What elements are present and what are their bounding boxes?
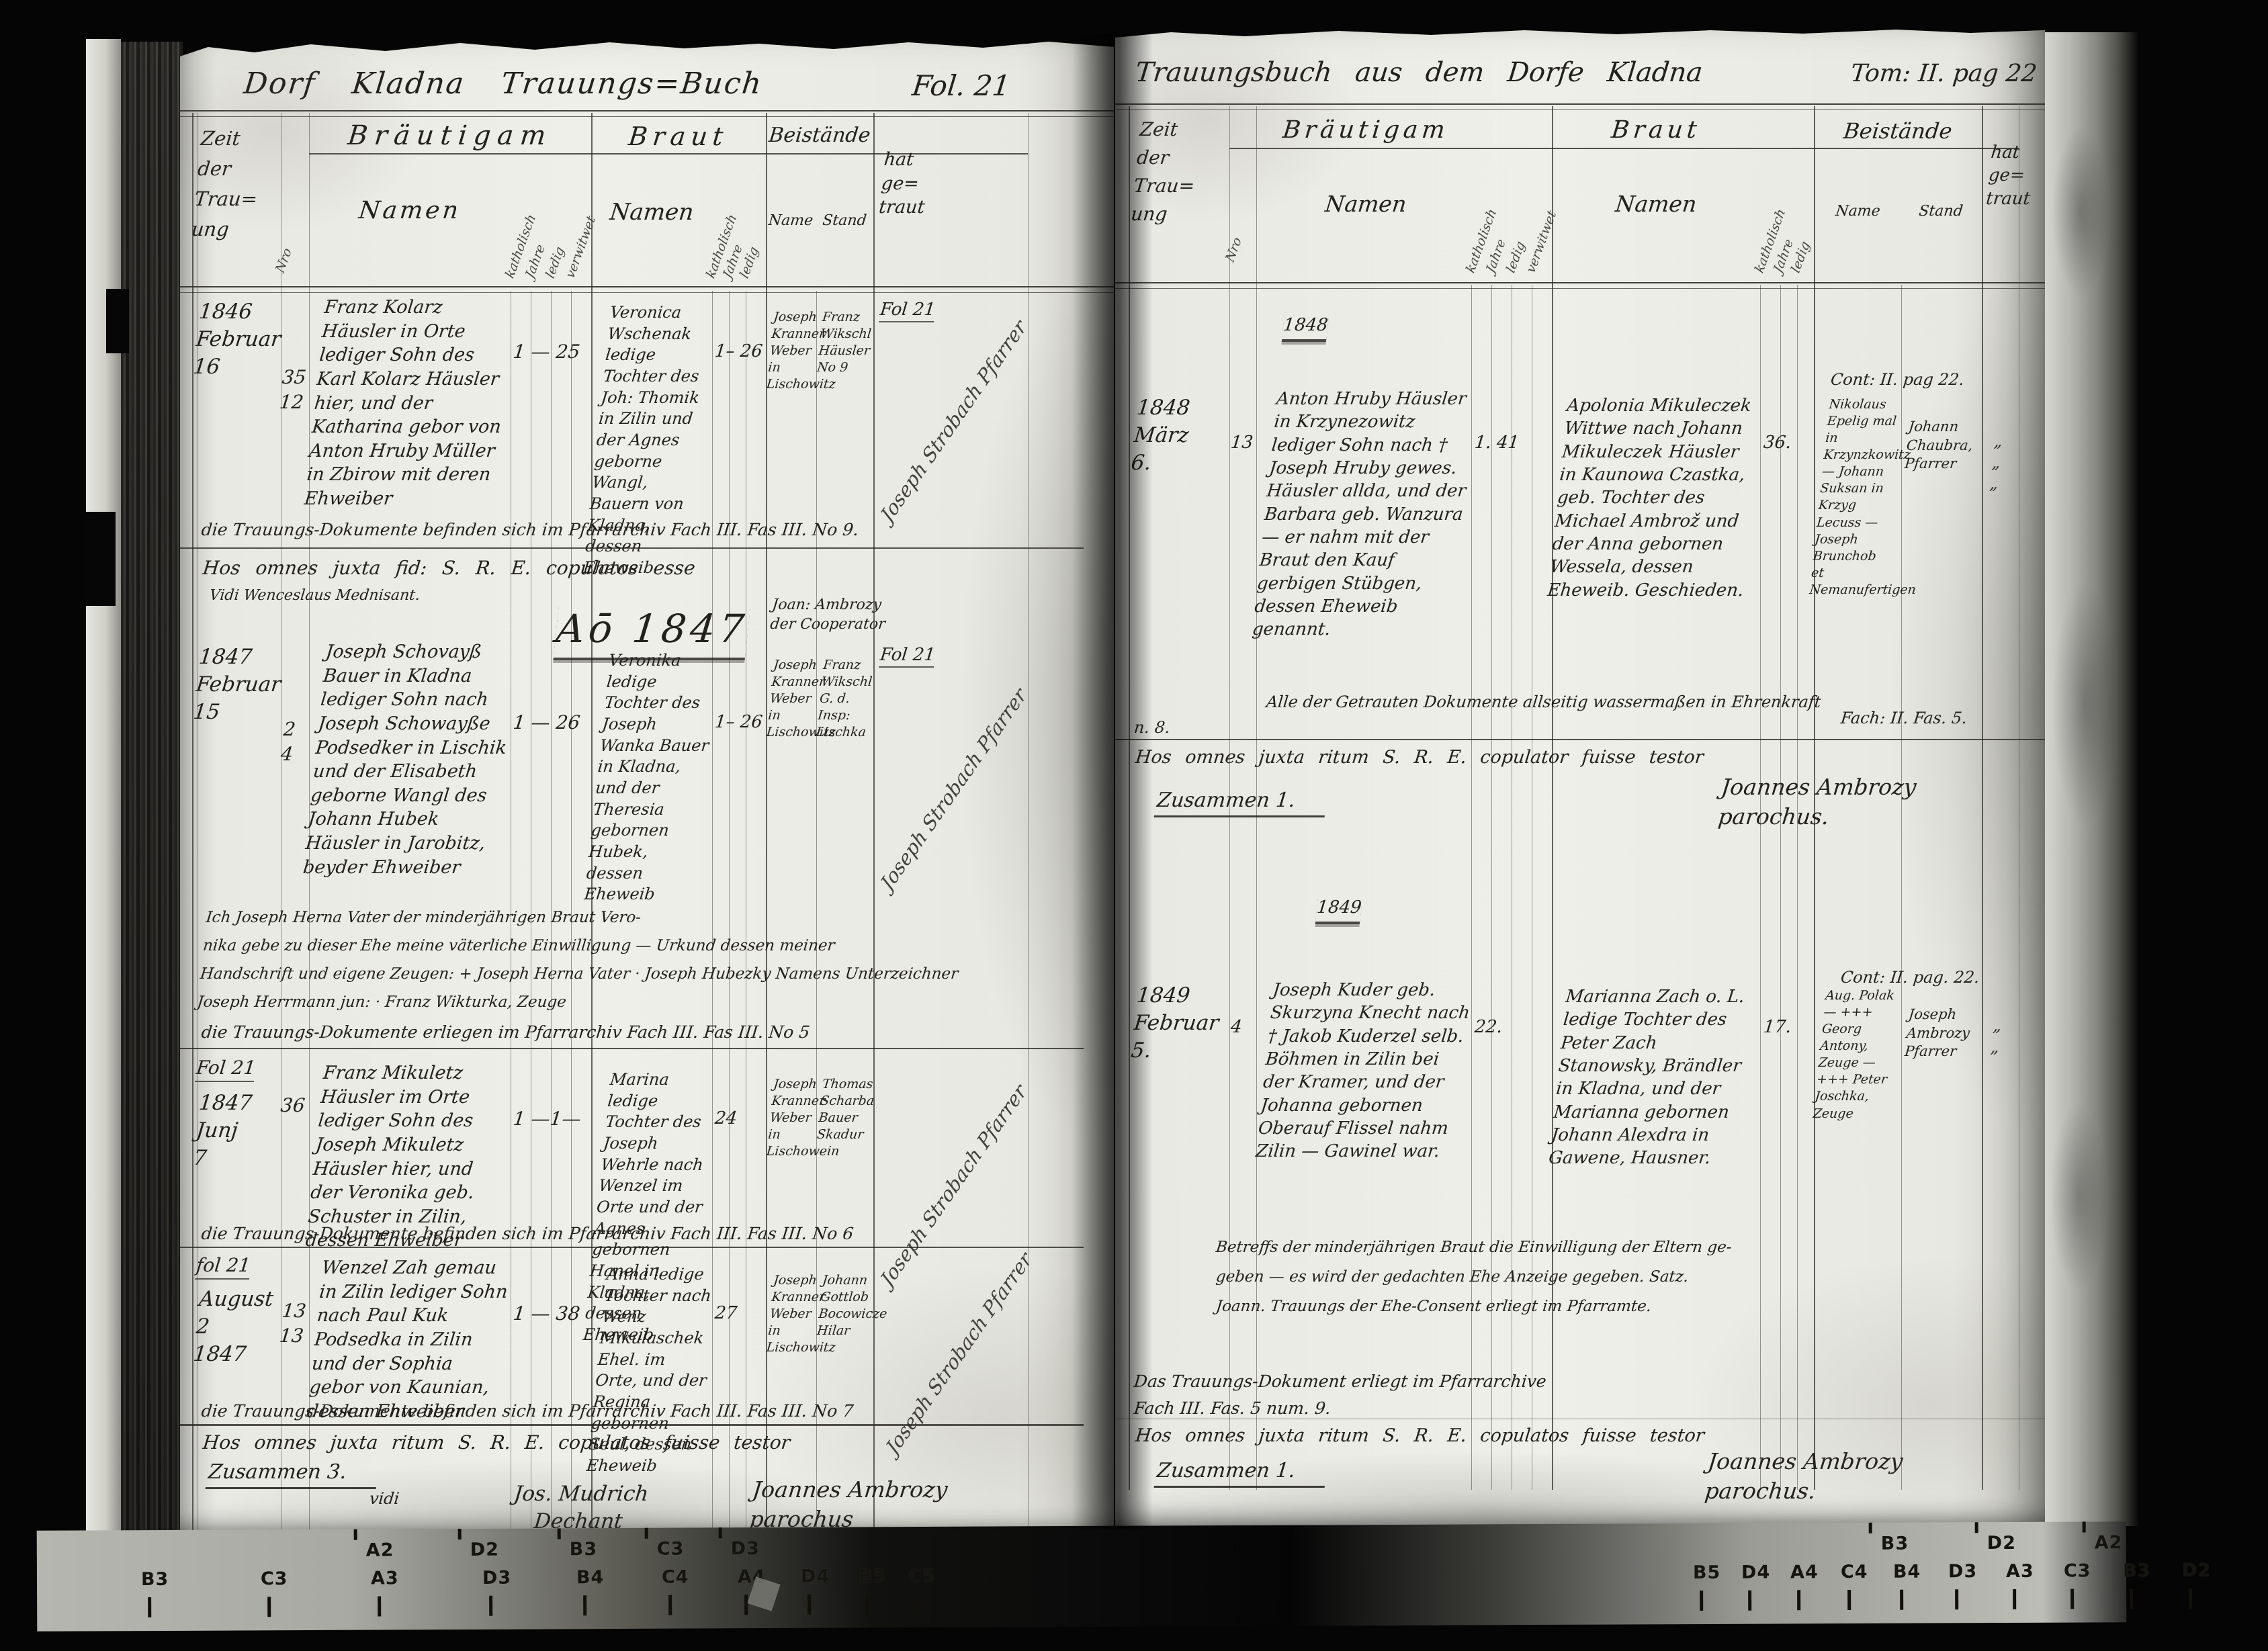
witness-stand: Thomas Scharba Bauer Skadur bbox=[816, 1076, 876, 1143]
total-line: Zusammen 3. bbox=[206, 1459, 379, 1489]
priest-signature: Joannes Ambrozy parochus. bbox=[1703, 1447, 1978, 1505]
entry-date: 1847 Februar 15 bbox=[192, 643, 283, 726]
latin-attestation: Hos omnes juxta ritum S. R. E. copulator… bbox=[1134, 746, 1909, 770]
ruler-label: B5 bbox=[859, 1566, 887, 1587]
ruler-label: B4 bbox=[576, 1567, 605, 1588]
officiant-name: Joseph Ambrozy Pfarrer bbox=[1904, 1006, 1980, 1061]
witness-names: Joseph Kranner Weber in Lischowein bbox=[765, 1076, 818, 1160]
column-header-bride-namen: Namen bbox=[590, 197, 714, 228]
groom-column: Anton Hruby Häusler in Krzynezowitz ledi… bbox=[1251, 388, 1479, 641]
ruler-label: C4 bbox=[662, 1567, 689, 1588]
consent-note: Joann. Trauungs der Ehe-Consent erliegt … bbox=[1215, 1296, 1989, 1317]
year-heading: 1848 bbox=[1282, 314, 1329, 342]
rule bbox=[1115, 282, 2045, 289]
groom-column: Joseph Schovayß Bauer in Kladna lediger … bbox=[302, 640, 520, 879]
groom-numbers: 1 — 25 bbox=[512, 340, 590, 365]
entry-side-numbers: 36 bbox=[279, 1094, 310, 1118]
ruler-tick bbox=[354, 1529, 357, 1540]
spine-notch bbox=[86, 512, 116, 606]
ruler-tick bbox=[1975, 1522, 1978, 1533]
ruler-tick bbox=[1700, 1591, 1703, 1611]
ruler-tick bbox=[489, 1596, 492, 1616]
rotated-column-label: Nro bbox=[273, 245, 295, 275]
ruler-label: B3 bbox=[2123, 1560, 2151, 1581]
groom-column: Franz Kolarz Häusler in Orte lediger Soh… bbox=[303, 296, 519, 511]
bride-column: Veronika ledige Tochter des Joseph Wanka… bbox=[583, 650, 722, 905]
ruler-label: D3 bbox=[731, 1538, 760, 1559]
groom-column: Joseph Kuder geb. Skurzyna Knecht nach †… bbox=[1255, 979, 1476, 1163]
bride-column: Marianna Zach o. L. ledige Tochter des P… bbox=[1548, 985, 1765, 1170]
witness-stand: Franz Wikschl Häusler No 9 bbox=[816, 309, 876, 376]
ruler-tick bbox=[267, 1597, 271, 1617]
doc-note: die Trauungs-Dokumente befinden sich im … bbox=[200, 1222, 1089, 1245]
ruler-label: A2 bbox=[366, 1540, 394, 1560]
column-header-witness: Beistände bbox=[1813, 117, 1983, 145]
page-spine bbox=[121, 42, 183, 1538]
folio-ref: Fol. 21 bbox=[910, 67, 1012, 104]
entry-side-numbers: 13 13 bbox=[278, 1299, 312, 1349]
rule bbox=[180, 1424, 1084, 1426]
ruler-label: D3 bbox=[482, 1568, 511, 1589]
ruler-tick bbox=[1797, 1590, 1800, 1610]
ditto-marks: „ „ „ bbox=[1989, 431, 2036, 495]
latin-attestation: Vidi Wenceslaus Mednisant. bbox=[208, 586, 681, 605]
latin-attestation: Hos omnes juxta fid: S. R. E. copulatos … bbox=[202, 556, 1010, 581]
ruler-tick bbox=[719, 1527, 722, 1538]
rule bbox=[1115, 1419, 2045, 1419]
page-edge-left bbox=[86, 39, 121, 1538]
doc-note-archive: Fach: II. Fas. 5. bbox=[1839, 708, 1968, 729]
ruler-label: B3 bbox=[570, 1539, 598, 1560]
groom-numbers: 1 —1— bbox=[512, 1107, 590, 1132]
rotated-column-label: verwitwet bbox=[563, 214, 599, 281]
doc-note: die Trauungs-Dokumente erliegen im Pfarr… bbox=[200, 1021, 1089, 1043]
bride-numbers: 1– 26 bbox=[713, 711, 765, 733]
doc-note: Das Trauungs-Dokument erliegt im Pfarrar… bbox=[1133, 1370, 1806, 1392]
entry-date: 1849 Februar 5. bbox=[1130, 982, 1229, 1065]
calibration-ruler: A2D2B3C3D3B3D2A2B3C3A3D3B4C4A4D4B5C5B5D4… bbox=[37, 1521, 2127, 1632]
consent-note: Ich Joseph Herna Vater der minderjährige… bbox=[195, 904, 1101, 1016]
entry-side-numbers: 4 bbox=[1229, 1016, 1256, 1038]
ruler-label: D3 bbox=[1948, 1561, 1977, 1582]
ruler-tick bbox=[2013, 1589, 2016, 1609]
ruler-label: D4 bbox=[1741, 1562, 1770, 1583]
ruler-label: D2 bbox=[1987, 1533, 2016, 1554]
ruler-tick bbox=[378, 1597, 381, 1617]
groom-numbers: 1 — 26 bbox=[512, 711, 590, 735]
ruler-tick bbox=[744, 1595, 748, 1615]
column-header-groom: Bräutigam bbox=[307, 118, 593, 154]
entry-date: August 2 1847 bbox=[192, 1286, 283, 1368]
column-header-witness-stand: Stand bbox=[816, 211, 873, 230]
officiant-folio-note: Fol 21 bbox=[879, 298, 936, 322]
column-header-witness-name: Name bbox=[1818, 202, 1897, 221]
entry-margin-note: Fol 21 bbox=[195, 1056, 257, 1082]
ditto-marks: „ „ bbox=[1990, 1016, 2035, 1058]
page-edge-right bbox=[2042, 32, 2138, 1526]
ruler-label: C3 bbox=[657, 1539, 685, 1560]
ruler-tick bbox=[668, 1595, 672, 1615]
witness-stand: Johann Gottlob Bocowicze Hilar bbox=[816, 1272, 876, 1339]
ruler-label: D2 bbox=[2182, 1560, 2211, 1581]
ruler-tick bbox=[1955, 1589, 1958, 1609]
column-header-witness-stand: Stand bbox=[1903, 202, 1978, 221]
page-ref: Tom: II. pag 22 bbox=[1849, 58, 2039, 90]
doc-note: die Trauungs-Dokumente befinden sich im … bbox=[200, 519, 1089, 541]
officiant-folio-note: Fol 21 bbox=[879, 643, 936, 668]
consent-note: Betreffs der minderjährigen Braut die Ei… bbox=[1215, 1237, 1989, 1257]
entry-side-numbers: 13 bbox=[1229, 431, 1256, 454]
ruler-label: C3 bbox=[261, 1568, 288, 1589]
ruler-tick bbox=[808, 1595, 811, 1615]
entry-margin-note: fol 21 bbox=[195, 1253, 252, 1280]
book-scan: Dorf Kladna Trauungs=Buch Fol. 21 Zeit d… bbox=[0, 0, 2268, 1651]
rule bbox=[1229, 148, 2019, 149]
officiant-name: Johann Chaubra, Pfarrer bbox=[1904, 418, 1980, 474]
margin-number: n. 8. bbox=[1133, 717, 1171, 739]
column-header-groom: Bräutigam bbox=[1260, 114, 1472, 146]
left-page: Dorf Kladna Trauungs=Buch Fol. 21 Zeit d… bbox=[180, 39, 1114, 1535]
entry-date: 1847 Junj 7 bbox=[192, 1089, 283, 1172]
ruler-label: B5 bbox=[1693, 1562, 1721, 1583]
right-page: Trauungsbuch aus dem Dorfe Kladna Tom: I… bbox=[1115, 28, 2045, 1526]
ruler-tick bbox=[2189, 1589, 2192, 1609]
groom-numbers: 22. bbox=[1473, 1016, 1550, 1038]
ruler-label: A4 bbox=[1790, 1562, 1819, 1582]
bride-numbers: 1– 26 bbox=[713, 340, 765, 363]
entry-date: 1846 Februar 16 bbox=[192, 298, 283, 381]
entry-side-numbers: 35 12 bbox=[278, 365, 312, 415]
officiant-signature: Joseph Strobach Pfarrer bbox=[876, 315, 1031, 527]
rule bbox=[180, 286, 1114, 293]
ruler-label: D2 bbox=[470, 1540, 499, 1560]
officiant-signature: Joseph Strobach Pfarrer bbox=[876, 1079, 1031, 1291]
cont-note: Cont: II. pag 22. bbox=[1829, 369, 1965, 391]
doc-note: Alle der Getrauten Dokumente allseitig w… bbox=[1265, 692, 1872, 713]
rule bbox=[180, 547, 1084, 549]
column-header-groom-namen: Namen bbox=[308, 195, 513, 227]
witness-names: Joseph Kranner Weber in Lischowitz bbox=[765, 1272, 818, 1356]
page-title: Dorf Kladna Trauungs=Buch bbox=[242, 64, 891, 103]
ruler-tick bbox=[645, 1528, 648, 1539]
ruler-label: D4 bbox=[801, 1566, 830, 1587]
rule bbox=[1115, 103, 2045, 110]
groom-column: Wenzel Zah gemau in Zilin lediger Sohn n… bbox=[306, 1256, 517, 1423]
ruler-tick bbox=[2083, 1521, 2086, 1532]
doc-note-archive: Fach III. Fas. 5 num. 9. bbox=[1133, 1397, 1538, 1419]
ruler-label: B4 bbox=[1893, 1562, 1921, 1582]
vidi-note: vidi bbox=[368, 1488, 400, 1510]
priest-signature: Jos. Mudrich Dechant bbox=[466, 1480, 694, 1535]
bride-numbers: 36. bbox=[1762, 431, 1812, 454]
ruler-label: A3 bbox=[2006, 1561, 2034, 1582]
ruler-label: A3 bbox=[371, 1568, 399, 1589]
ruler-tick bbox=[2130, 1589, 2133, 1609]
year-heading: 1849 bbox=[1315, 896, 1363, 924]
page-title: Trauungsbuch aus dem Dorfe Kladna bbox=[1133, 55, 1849, 91]
rule bbox=[180, 1247, 1084, 1248]
column-header-bride: Braut bbox=[1554, 114, 1759, 146]
bride-column: Apolonia Mikuleczek Wittwe nach Johann M… bbox=[1546, 394, 1766, 602]
ruler-tick bbox=[865, 1594, 869, 1614]
total-line: Zusammen 1. bbox=[1154, 787, 1327, 817]
ruler-label: B3 bbox=[1881, 1533, 1909, 1554]
ruler-tick bbox=[1847, 1590, 1851, 1610]
column-header-officiant: hat ge= traut bbox=[1985, 141, 2046, 210]
year-heading-note: Joan: Ambrozy der Cooperator bbox=[769, 595, 975, 634]
ruler-tick bbox=[1900, 1590, 1903, 1610]
ruler-tick bbox=[148, 1597, 151, 1617]
column-header-bride: Braut bbox=[589, 120, 767, 153]
rotated-column-label: Nro bbox=[1223, 234, 1245, 265]
bride-numbers: 24 bbox=[713, 1107, 765, 1130]
bride-numbers: 27 bbox=[713, 1302, 765, 1325]
column-header-bride-namen: Namen bbox=[1554, 189, 1759, 219]
column-header-witness: Beistände bbox=[765, 122, 875, 149]
witness-names: Aug. Polak — +++ Georg Antony, Zeuge — +… bbox=[1812, 987, 1904, 1122]
rule bbox=[180, 110, 1114, 117]
entry-date: 1848 März 6. bbox=[1130, 394, 1229, 477]
ruler-tick bbox=[1748, 1591, 1751, 1611]
latin-attestation: Hos omnes juxta ritum S. R. E. copulatos… bbox=[202, 1431, 1044, 1456]
ruler-tick bbox=[583, 1595, 586, 1615]
latin-attestation: Hos omnes juxta ritum S. R. E. copulatos… bbox=[1134, 1424, 1909, 1448]
ruler-label: C5 bbox=[908, 1566, 936, 1587]
officiant-signature: Joseph Strobach Pfarrer bbox=[876, 683, 1031, 895]
rule bbox=[180, 1048, 1084, 1049]
groom-numbers: 1 — 38 bbox=[512, 1302, 590, 1327]
priest-signature: Joannes Ambrozy parochus bbox=[748, 1475, 1043, 1533]
rule bbox=[309, 153, 1028, 154]
column-header-groom-namen: Namen bbox=[1260, 189, 1472, 219]
entry-side-numbers: 2 4 bbox=[279, 717, 312, 767]
column-header-officiant: hat ge= traut bbox=[877, 148, 965, 220]
bride-numbers: 17. bbox=[1762, 1016, 1812, 1038]
ruler-label: A2 bbox=[2095, 1532, 2123, 1553]
rule bbox=[1115, 739, 2045, 740]
priest-signature: Joannes Ambrozy parochus. bbox=[1716, 772, 1991, 831]
column-header-witness-name: Name bbox=[766, 211, 815, 230]
ruler-tick bbox=[2070, 1589, 2074, 1609]
groom-numbers: 1. 41 bbox=[1473, 431, 1550, 454]
ruler-label: B3 bbox=[141, 1569, 169, 1590]
cont-note: Cont: II. pag. 22. bbox=[1839, 967, 1980, 989]
witness-names: Joseph Kranner Weber in Lischowitz bbox=[765, 309, 818, 393]
ruler-label: C4 bbox=[1841, 1562, 1868, 1582]
ruler-tick bbox=[458, 1529, 462, 1540]
officiant-signature: Joseph Strobach Pfarrer bbox=[881, 1247, 1036, 1459]
total-line: Zusammen 1. bbox=[1154, 1458, 1327, 1488]
consent-note: geben — es wird der gedachten Ehe Anzeig… bbox=[1215, 1267, 1989, 1287]
ruler-label: C3 bbox=[2064, 1560, 2091, 1581]
rotated-column-label: verwitwet bbox=[1524, 208, 1559, 275]
column-header-zeit: Zeit der Trau= ung bbox=[190, 124, 285, 244]
witness-names: Joseph Kranner Weber in Lischowitz bbox=[765, 657, 818, 741]
spine-notch bbox=[106, 289, 129, 353]
ruler-tick bbox=[1869, 1523, 1872, 1533]
witness-stand: Franz Wikschl G. d. Insp: Lischka bbox=[815, 657, 876, 741]
column-header-zeit: Zeit der Trau= ung bbox=[1129, 116, 1229, 228]
witness-names: Nikolaus Epelig mal in Krzynzkowitz — Jo… bbox=[1808, 396, 1908, 598]
ruler-tick bbox=[558, 1528, 561, 1539]
doc-note: die Trauungs-Dokumente befinden sich im … bbox=[200, 1400, 1089, 1422]
ruler-tick bbox=[915, 1594, 918, 1614]
